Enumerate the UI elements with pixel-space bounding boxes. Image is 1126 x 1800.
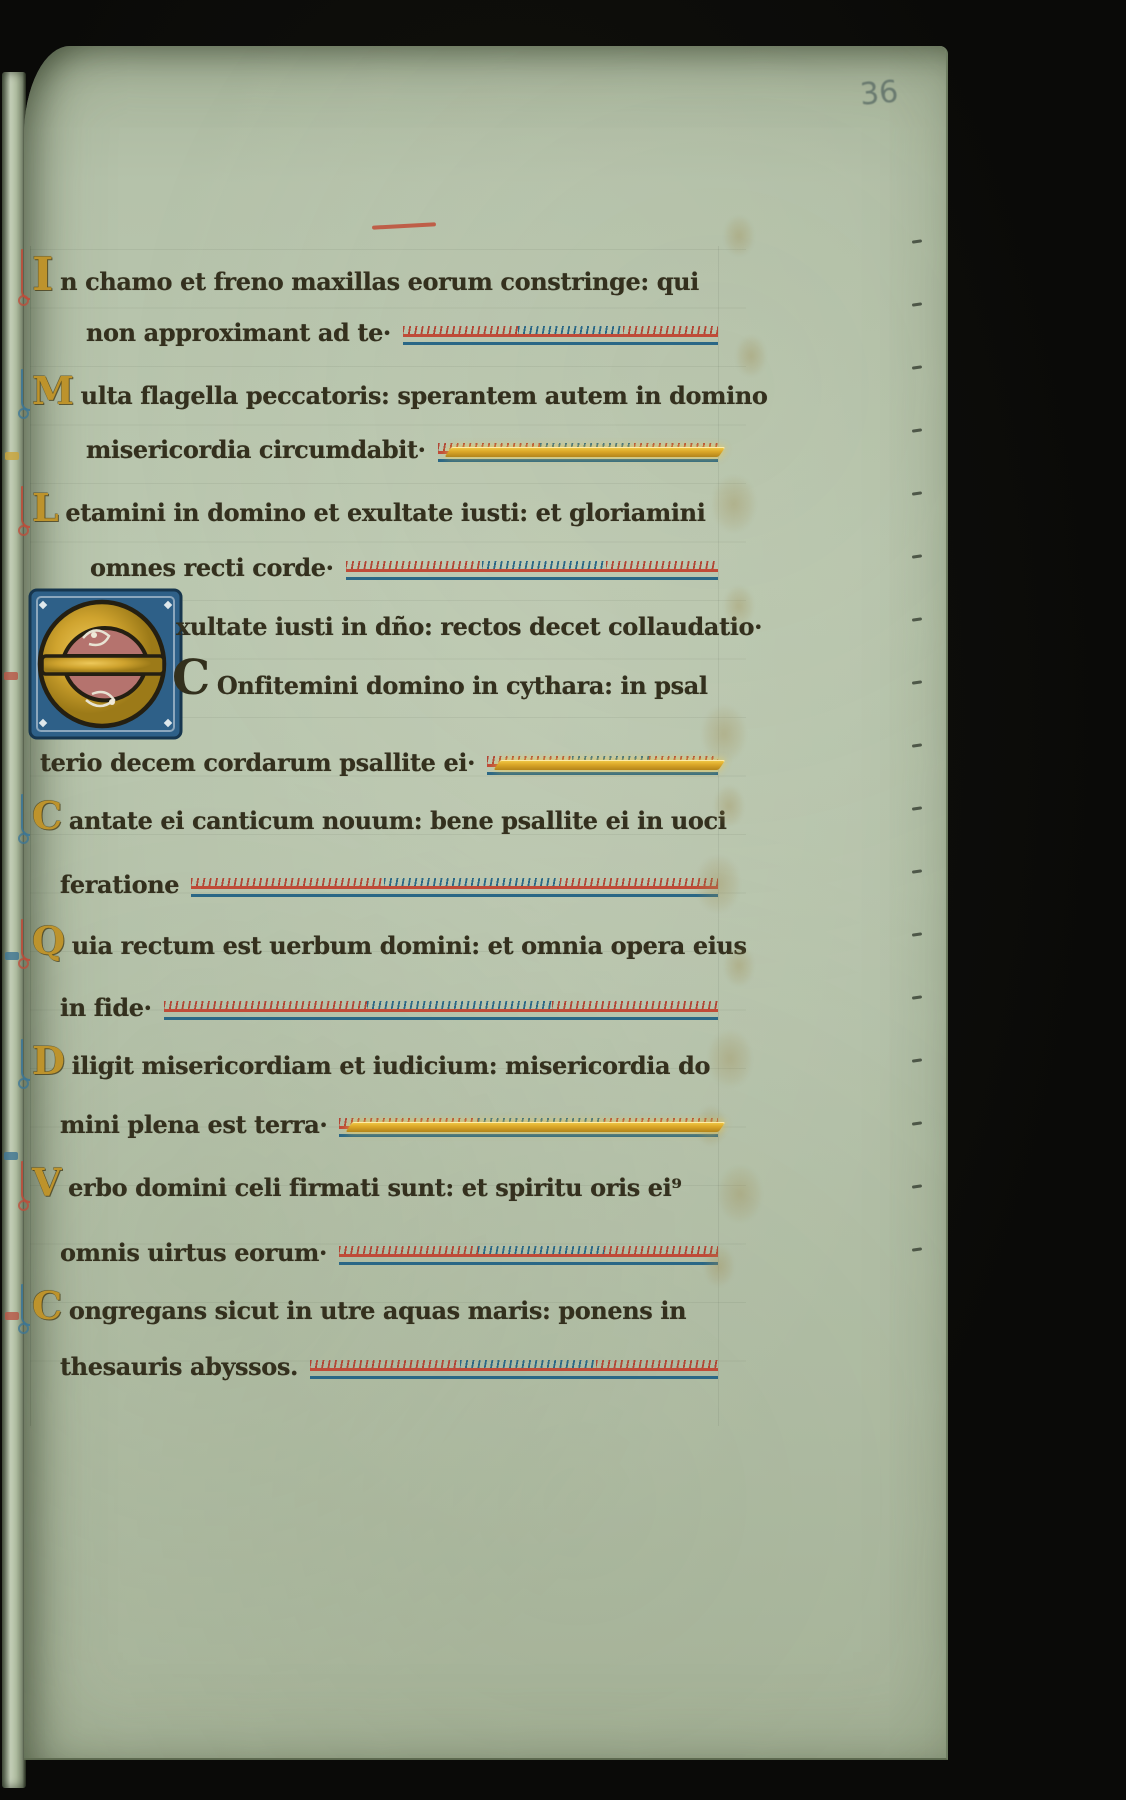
decorated-initial: M (32, 375, 74, 407)
line-text: ulta flagella peccatoris: sperantem aute… (81, 381, 768, 410)
filler-tick-segment (560, 878, 718, 886)
manuscript-photo: 36 E (0, 0, 1126, 1800)
text-line: Diligit misericordiam et iudicium: miser… (32, 1045, 718, 1080)
text-line: Congregans sicut in utre aquas maris: po… (32, 1290, 718, 1325)
line-text: mini plena est terra· (60, 1110, 327, 1139)
folio-number: 36 (859, 74, 900, 112)
line-text: misericordia circumdabit· (86, 435, 426, 464)
prick-mark (912, 1058, 922, 1062)
prick-mark (912, 932, 922, 936)
decorated-initial: D (32, 1045, 65, 1077)
line-text: erbo domini celi firmati sunt: et spirit… (68, 1173, 681, 1202)
illuminated-initial-E: E (28, 588, 183, 740)
filler-tick-segment (310, 1360, 460, 1368)
text-line: non approximant ad te· (86, 318, 718, 347)
filler-tick-segment (487, 756, 572, 764)
line-text: antate ei canticum nouum: bene psallite … (69, 806, 727, 835)
decorated-initial: C (32, 800, 62, 832)
left-ruling-line (30, 246, 31, 1426)
text-line: Cantate ei canticum nouum: bene psallite… (32, 800, 718, 835)
edge-fleck-blue (5, 952, 19, 960)
line-filler-ornament (346, 561, 718, 580)
line-filler-ornament (339, 1246, 718, 1265)
edge-fleck-gold (5, 452, 19, 460)
edge-fleck-blue (4, 1152, 18, 1160)
line-text: uia rectum est uerbum domini: et omnia o… (72, 931, 747, 960)
prick-mark (912, 743, 922, 747)
prick-mark (912, 617, 922, 621)
filler-tick-segment (191, 878, 384, 886)
text-line: COnfitemini domino in cythara: in psal (172, 658, 718, 700)
text-line: In chamo et freno maxillas eorum constri… (32, 255, 718, 296)
prick-mark (912, 302, 922, 306)
line-filler-ornament (310, 1360, 718, 1379)
filler-tick-segment (572, 756, 649, 764)
filler-tick-segment (518, 326, 623, 334)
prick-mark (912, 1121, 922, 1125)
text-line: Quia rectum est uerbum domini: et omnia … (32, 925, 718, 960)
line-text: non approximant ad te· (86, 318, 391, 347)
text-line: feratione (60, 870, 718, 899)
filler-tick-segment (164, 1001, 367, 1009)
text-line: misericordia circumdabit· (86, 435, 718, 464)
filler-tick-segment (438, 443, 541, 451)
text-line: in fide· (60, 993, 718, 1022)
filler-tick-segment (623, 326, 718, 334)
line-text: n chamo et freno maxillas eorum constrin… (60, 267, 699, 296)
line-filler-ornament (487, 756, 718, 775)
line-filler-ornament (339, 1118, 718, 1137)
line-text: etamini in domino et exultate iusti: et … (65, 498, 705, 527)
line-text: feratione (60, 870, 179, 899)
line-text: terio decem cordarum psallite ei· (40, 748, 475, 777)
filler-tick-segment (403, 326, 519, 334)
edge-fleck-red (5, 1312, 19, 1320)
prick-mark (912, 995, 922, 999)
filler-tick-segment (604, 1246, 718, 1254)
text-line: omnes recti corde· (90, 553, 718, 582)
prick-mark (912, 1184, 922, 1188)
filler-tick-segment (482, 561, 606, 569)
line-text: omnis uirtus eorum· (60, 1238, 327, 1267)
text-line: omnis uirtus eorum· (60, 1238, 718, 1267)
text-line: Letamini in domino et exultate iusti: et… (32, 492, 718, 527)
filler-tick-segment (478, 1246, 604, 1254)
filler-tick-segment (596, 1360, 718, 1368)
prick-mark (912, 869, 922, 873)
filler-tick-segment (478, 1118, 604, 1126)
illuminated-initial-artwork (28, 588, 183, 740)
decorated-initial: Q (32, 925, 65, 957)
line-text: iligit misericordiam et iudicium: miseri… (72, 1051, 711, 1080)
prick-mark (912, 239, 922, 243)
decorated-initial: L (32, 492, 58, 524)
parchment-page: 36 E (24, 46, 948, 1760)
prick-mark (912, 1247, 922, 1251)
text-line: mini plena est terra· (60, 1110, 718, 1139)
decorated-initial: C (32, 1290, 62, 1322)
filler-tick-segment (339, 1118, 478, 1126)
filler-tick-segment (649, 756, 718, 764)
line-text: Onfitemini domino in cythara: in psal (217, 671, 708, 700)
text-line: Multa flagella peccatoris: sperantem aut… (32, 375, 718, 410)
filler-tick-segment (384, 878, 560, 886)
prick-mark (912, 806, 922, 810)
filler-tick-segment (540, 443, 633, 451)
line-filler-ornament (403, 326, 718, 345)
decorated-initial: C (172, 658, 210, 699)
prick-mark (912, 428, 922, 432)
decorated-initial: V (32, 1167, 61, 1199)
prick-mark (912, 680, 922, 684)
text-line: Verbo domini celi firmati sunt: et spiri… (32, 1167, 718, 1202)
line-text: ongregans sicut in utre aquas maris: pon… (69, 1296, 686, 1325)
text-line: thesauris abyssos. (60, 1352, 718, 1381)
text-line: xultate iusti in dño: rectos decet colla… (176, 612, 718, 641)
line-text: thesauris abyssos. (60, 1352, 298, 1381)
filler-tick-segment (606, 561, 718, 569)
line-filler-ornament (438, 443, 718, 462)
filler-tick-segment (346, 561, 483, 569)
parchment-texture (24, 46, 946, 1758)
edge-fleck-red (4, 672, 18, 680)
line-text: omnes recti corde· (90, 553, 334, 582)
text-line: terio decem cordarum psallite ei· (40, 748, 718, 777)
filler-tick-segment (552, 1001, 718, 1009)
prick-mark (912, 491, 922, 495)
decorated-initial: I (32, 255, 53, 294)
line-text: in fide· (60, 993, 152, 1022)
line-filler-ornament (164, 1001, 718, 1020)
prick-mark (912, 554, 922, 558)
line-text: xultate iusti in dño: rectos decet colla… (176, 612, 762, 641)
filler-tick-segment (634, 443, 718, 451)
prick-mark (912, 365, 922, 369)
filler-tick-segment (367, 1001, 552, 1009)
filler-tick-segment (460, 1360, 596, 1368)
red-pen-trial-mark (372, 222, 436, 229)
line-filler-ornament (191, 878, 718, 897)
filler-tick-segment (339, 1246, 478, 1254)
